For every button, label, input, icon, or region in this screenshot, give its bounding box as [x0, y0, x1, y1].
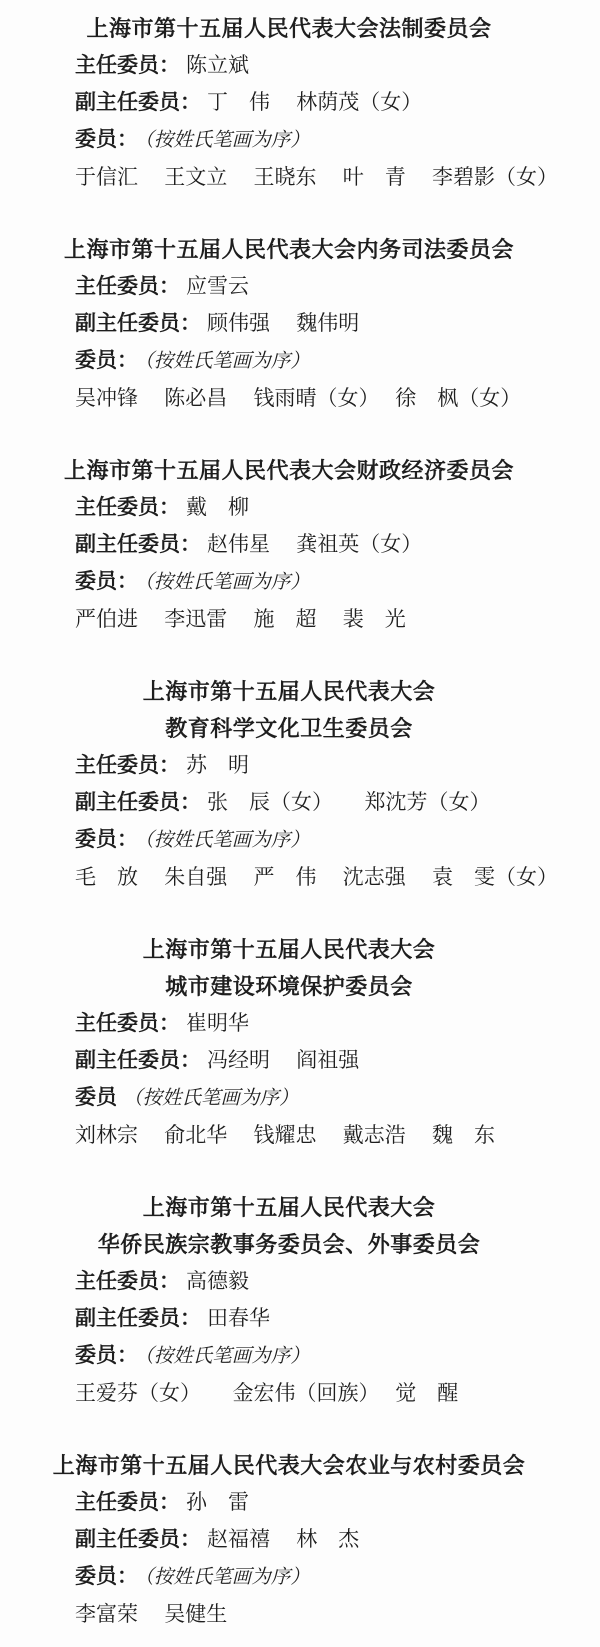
members-names-row: 严伯进 李迅雷 施 超 裴 光	[75, 601, 590, 638]
members-label: 委员：	[75, 349, 138, 372]
committee-title-line: 教育科学文化卫生委员会	[0, 710, 578, 747]
vice-chair-row: 副主任委员：丁 伟 林荫茂（女）	[75, 84, 590, 121]
chair-row: 主任委员：戴 柳	[75, 489, 590, 526]
chair-row: 主任委员：苏 明	[75, 747, 590, 784]
chair-label: 主任委员：	[75, 54, 180, 77]
committee-title-line: 华侨民族宗教事务委员会、外事委员会	[0, 1226, 578, 1263]
members-names-row: 李富荣 吴健生	[75, 1596, 590, 1633]
vice-chair-names: 赵福禧 林 杰	[207, 1527, 359, 1551]
vice-chair-row: 副主任委员：冯经明 阎祖强	[75, 1042, 590, 1079]
members-label-row: 委员：（按姓氏笔画为序）	[75, 342, 590, 380]
committee-title-line: 上海市第十五届人民代表大会	[0, 1189, 578, 1226]
chair-name: 崔明华	[186, 1011, 249, 1035]
members-label: 委员：	[75, 128, 138, 151]
vice-chair-row: 副主任委员：顾伟强 魏伟明	[75, 305, 590, 342]
chair-name: 孙 雷	[186, 1490, 249, 1514]
committee-section-overseas-ethnic-religious-foreign: 上海市第十五届人民代表大会 华侨民族宗教事务委员会、外事委员会 主任委员：高德毅…	[0, 1189, 600, 1412]
members-label: 委员	[75, 1086, 117, 1109]
members-names-row: 王爱芬（女） 金宏伟（回族） 觉 醒	[75, 1375, 590, 1412]
members-label-row: 委员：（按姓氏笔画为序）	[75, 563, 590, 601]
members-label-row: 委员：（按姓氏笔画为序）	[75, 121, 590, 159]
committee-section-finance-economy: 上海市第十五届人民代表大会财政经济委员会 主任委员：戴 柳 副主任委员：赵伟星 …	[0, 452, 600, 638]
vice-chair-label: 副主任委员：	[75, 91, 201, 114]
committee-title: 上海市第十五届人民代表大会内务司法委员会	[0, 231, 600, 268]
committee-title-line: 上海市第十五届人民代表大会	[0, 673, 578, 710]
committee-title-line: 上海市第十五届人民代表大会农业与农村委员会	[0, 1447, 578, 1484]
committee-title-line: 上海市第十五届人民代表大会	[0, 931, 578, 968]
committee-title: 上海市第十五届人民代表大会农业与农村委员会	[0, 1447, 600, 1484]
members-names-row: 毛 放 朱自强 严 伟 沈志强 袁 雯（女）	[75, 859, 590, 896]
chair-label: 主任委员：	[75, 1270, 180, 1293]
committee-title-line: 上海市第十五届人民代表大会财政经济委员会	[0, 452, 578, 489]
members-label-row: 委员（按姓氏笔画为序）	[75, 1079, 590, 1117]
members-label-row: 委员：（按姓氏笔画为序）	[75, 821, 590, 859]
committee-section-urban-construction-environment: 上海市第十五届人民代表大会 城市建设环境保护委员会 主任委员：崔明华 副主任委员…	[0, 931, 600, 1154]
vice-chair-names: 冯经明 阎祖强	[207, 1048, 359, 1072]
vice-chair-label: 副主任委员：	[75, 791, 201, 814]
vice-chair-names: 顾伟强 魏伟明	[207, 311, 359, 335]
members-names-row: 刘林宗 俞北华 钱耀忠 戴志浩 魏 东	[75, 1117, 590, 1154]
committee-title: 上海市第十五届人民代表大会 城市建设环境保护委员会	[0, 931, 600, 1005]
vice-chair-names: 赵伟星 龚祖英（女）	[207, 532, 422, 556]
vice-chair-label: 副主任委员：	[75, 1049, 201, 1072]
members-order-note: （按姓氏笔画为序）	[144, 830, 310, 851]
committee-title-line: 上海市第十五届人民代表大会法制委员会	[0, 10, 578, 47]
vice-chair-label: 副主任委员：	[75, 312, 201, 335]
vice-chair-names: 田春华	[207, 1306, 270, 1330]
members-label: 委员：	[75, 570, 138, 593]
chair-row: 主任委员：高德毅	[75, 1263, 590, 1300]
chair-row: 主任委员：孙 雷	[75, 1484, 590, 1521]
chair-row: 主任委员：崔明华	[75, 1005, 590, 1042]
members-order-note: （按姓氏笔画为序）	[144, 1346, 310, 1367]
committee-title: 上海市第十五届人民代表大会 华侨民族宗教事务委员会、外事委员会	[0, 1189, 600, 1263]
document: 上海市第十五届人民代表大会法制委员会 主任委员：陈立斌 副主任委员：丁 伟 林荫…	[0, 0, 600, 1647]
committee-section-internal-judicial: 上海市第十五届人民代表大会内务司法委员会 主任委员：应雪云 副主任委员：顾伟强 …	[0, 231, 600, 417]
chair-name: 应雪云	[186, 274, 249, 298]
committee-title: 上海市第十五届人民代表大会法制委员会	[0, 10, 600, 47]
committee-section-agriculture-rural: 上海市第十五届人民代表大会农业与农村委员会 主任委员：孙 雷 副主任委员：赵福禧…	[0, 1447, 600, 1633]
committee-title: 上海市第十五届人民代表大会财政经济委员会	[0, 452, 600, 489]
chair-name: 戴 柳	[186, 495, 249, 519]
members-order-note: （按姓氏笔画为序）	[144, 1567, 310, 1588]
chair-label: 主任委员：	[75, 754, 180, 777]
chair-row: 主任委员：应雪云	[75, 268, 590, 305]
vice-chair-names: 张 辰（女） 郑沈芳（女）	[207, 790, 491, 814]
members-label: 委员：	[75, 1344, 138, 1367]
chair-name: 陈立斌	[186, 53, 249, 77]
members-order-note: （按姓氏笔画为序）	[144, 130, 310, 151]
members-names-row: 吴冲锋 陈必昌 钱雨晴（女） 徐 枫（女）	[75, 380, 590, 417]
members-order-note: （按姓氏笔画为序）	[144, 351, 310, 372]
members-label-row: 委员：（按姓氏笔画为序）	[75, 1558, 590, 1596]
chair-name: 高德毅	[186, 1269, 249, 1293]
members-order-note: （按姓氏笔画为序）	[123, 1088, 299, 1109]
vice-chair-names: 丁 伟 林荫茂（女）	[207, 90, 422, 114]
vice-chair-row: 副主任委员：张 辰（女） 郑沈芳（女）	[75, 784, 590, 821]
chair-label: 主任委员：	[75, 496, 180, 519]
members-names-row: 于信汇 王文立 王晓东 叶 青 李碧影（女）	[75, 159, 590, 196]
members-label: 委员：	[75, 828, 138, 851]
committee-section-legislative: 上海市第十五届人民代表大会法制委员会 主任委员：陈立斌 副主任委员：丁 伟 林荫…	[0, 10, 600, 196]
members-order-note: （按姓氏笔画为序）	[144, 572, 310, 593]
committee-title-line: 城市建设环境保护委员会	[0, 968, 578, 1005]
members-label: 委员：	[75, 1565, 138, 1588]
vice-chair-row: 副主任委员：赵福禧 林 杰	[75, 1521, 590, 1558]
chair-label: 主任委员：	[75, 1491, 180, 1514]
committee-title: 上海市第十五届人民代表大会 教育科学文化卫生委员会	[0, 673, 600, 747]
members-label-row: 委员：（按姓氏笔画为序）	[75, 1337, 590, 1375]
chair-row: 主任委员：陈立斌	[75, 47, 590, 84]
vice-chair-row: 副主任委员：田春华	[75, 1300, 590, 1337]
vice-chair-label: 副主任委员：	[75, 1307, 201, 1330]
chair-label: 主任委员：	[75, 275, 180, 298]
vice-chair-label: 副主任委员：	[75, 533, 201, 556]
vice-chair-label: 副主任委员：	[75, 1528, 201, 1551]
committee-section-education-science-culture-health: 上海市第十五届人民代表大会 教育科学文化卫生委员会 主任委员：苏 明 副主任委员…	[0, 673, 600, 896]
chair-label: 主任委员：	[75, 1012, 180, 1035]
vice-chair-row: 副主任委员：赵伟星 龚祖英（女）	[75, 526, 590, 563]
chair-name: 苏 明	[186, 753, 249, 777]
committee-title-line: 上海市第十五届人民代表大会内务司法委员会	[0, 231, 578, 268]
